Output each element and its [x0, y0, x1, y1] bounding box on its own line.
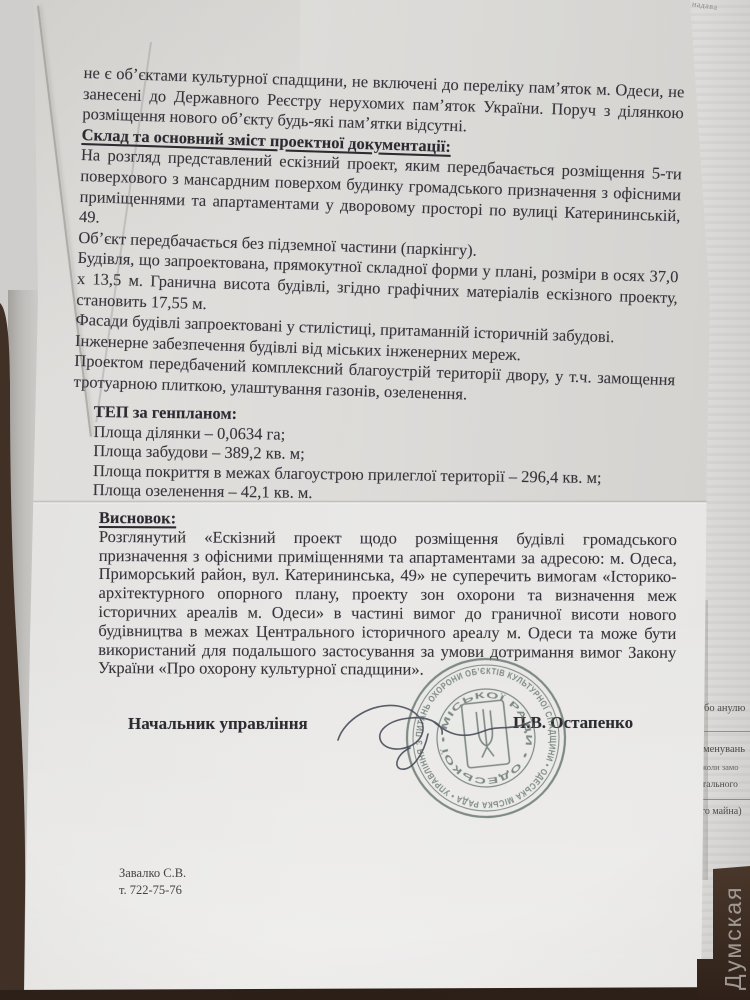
executor-phone: т. 722-75-76 [119, 882, 186, 899]
background-text-fragment: бо анулю [704, 703, 745, 714]
background-text-fragment: коли замо [703, 762, 739, 772]
executor-name: Завалко С.В. [119, 865, 186, 882]
conclusion-section: Висновок: Розглянутий «Ескізний проект щ… [98, 509, 677, 681]
document-body: не є об’єктами культурної спадщини, не в… [73, 63, 684, 412]
signature-stroke [330, 676, 540, 786]
background-text-fragment: го майна) [701, 806, 742, 817]
background-text-fragment: тального [702, 780, 738, 790]
executor-block: Завалко С.В. т. 722-75-76 [119, 865, 186, 899]
background-text-fragment: менувань [703, 744, 745, 755]
signoff-title: Начальник управління [128, 714, 308, 735]
tep-section: ТЕП за генпланом: Площа ділянки – 0,0634… [93, 402, 669, 508]
document-page: не є об’єктами культурної спадщини, не в… [0, 0, 750, 1000]
background-rule [702, 799, 750, 800]
photographed-document: надава бо анулю менувань коли замо тальн… [0, 0, 750, 1000]
background-rule [702, 731, 750, 732]
watermark-dumskaya: Думская [720, 844, 747, 994]
paragraph-conclusion: Розглянутий «Ескізний проект щодо розміщ… [98, 528, 677, 681]
